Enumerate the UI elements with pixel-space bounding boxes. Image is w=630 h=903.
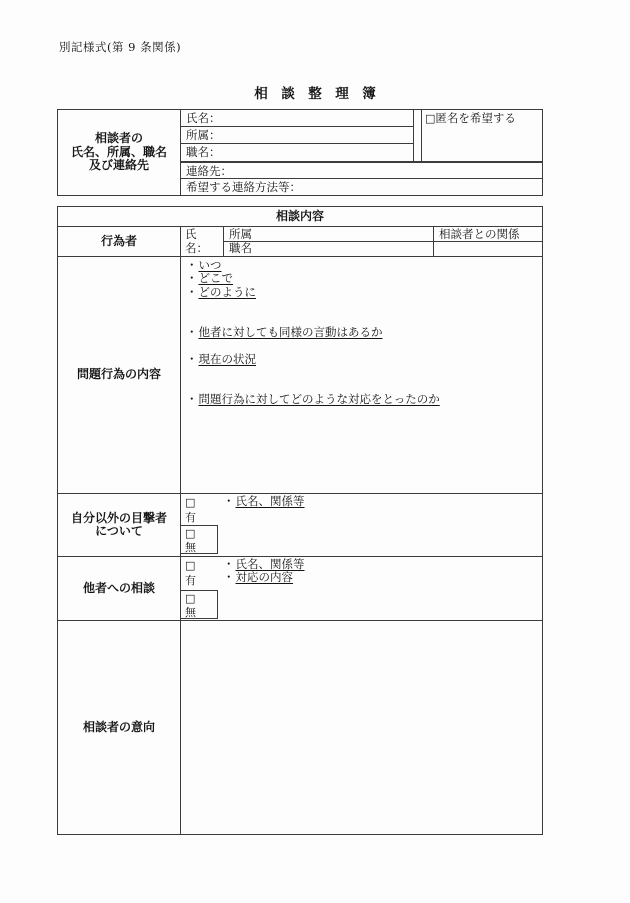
witness-no-option: □ 無 <box>181 525 218 554</box>
consultant-label-line: 相談者の <box>95 132 143 146</box>
affiliation-field-label: 所属： <box>186 128 221 142</box>
consultation-table: 相談内容 行為者 氏 名： 所属 職名 相談者との関係 問題行為の内容 ・いつ … <box>57 206 543 835</box>
anonymous-cell: □匿名を希望する <box>421 110 542 161</box>
consultant-label: 相談者の 氏名、所属、職名 及び連絡先 <box>58 110 181 195</box>
actor-name-line2: 名： <box>185 242 223 256</box>
witness-row: 自分以外の目撃者 について □ 有 □ 無 ・氏名、関係等 <box>58 494 542 557</box>
prompt-text: どのように <box>199 285 257 299</box>
prompt-text: 他者に対しても同様の言動はあるか <box>199 325 383 339</box>
others-no-label: 無 <box>185 606 217 620</box>
witness-no-label: 無 <box>185 541 217 555</box>
actor-name-line1: 氏 <box>185 228 223 242</box>
witness-no-checkbox[interactable]: □ <box>185 527 217 541</box>
actor-relation-label: 相談者との関係 <box>439 227 520 241</box>
name-field-label: 氏名： <box>186 111 221 125</box>
actor-label: 行為者 <box>58 227 181 256</box>
witness-yes-checkbox[interactable]: □ <box>185 495 217 510</box>
witness-label-line: 自分以外の目撃者 <box>71 512 167 526</box>
bullet-dot: ・ <box>186 271 198 285</box>
prompt-text: どこで <box>199 271 234 285</box>
prompt-line: ・どこで <box>186 272 233 285</box>
others-yes-checkbox[interactable]: □ <box>185 558 217 573</box>
contact-field-label: 連絡先： <box>186 164 232 178</box>
problem-row: 問題行為の内容 ・いつ ・どこで ・どのように ・他者に対しても同様の言動はある… <box>58 257 542 494</box>
contact-method-field[interactable]: 希望する連絡方法等： <box>181 179 542 195</box>
bullet-dot: ・ <box>186 352 198 366</box>
anonymous-label: 匿名を希望する <box>435 111 516 125</box>
bullet-dot: ・ <box>223 494 235 508</box>
bullet-dot: ・ <box>186 285 198 299</box>
problem-details-area[interactable]: ・いつ ・どこで ・どのように ・他者に対しても同様の言動はあるか ・現在の状況… <box>181 257 542 493</box>
others-no-checkbox[interactable]: □ <box>185 592 217 606</box>
others-details-area[interactable]: ・氏名、関係等 ・対応の内容 <box>223 558 541 619</box>
bullet-dot: ・ <box>186 325 198 339</box>
actor-name-field[interactable]: 氏 名： <box>181 227 224 256</box>
actor-job-label: 職名 <box>229 241 252 255</box>
witness-label-line: について <box>95 525 143 539</box>
intention-details-area[interactable] <box>181 621 542 834</box>
anonymous-checkbox[interactable]: □ <box>425 112 435 125</box>
consultant-label-line: 及び連絡先 <box>89 159 149 173</box>
witness-yes-option: □ 有 <box>181 494 217 525</box>
prompt-line: ・対応の内容 <box>223 571 293 584</box>
prompt-text: 現在の状況 <box>199 352 257 366</box>
actor-relation-field[interactable]: 相談者との関係 <box>434 227 542 242</box>
prompt-line: ・いつ <box>186 259 222 272</box>
actor-job-field[interactable]: 職名 <box>224 242 434 256</box>
form-style-note: 別記様式(第 9 条関係) <box>59 39 181 55</box>
prompt-line: ・現在の状況 <box>186 353 256 366</box>
prompt-line: ・氏名、関係等 <box>223 495 305 508</box>
job-title-field-label: 職名： <box>186 145 221 159</box>
others-yes-option: □ 有 <box>181 557 217 590</box>
job-title-field[interactable]: 職名： <box>181 144 414 161</box>
consultant-info-table: 相談者の 氏名、所属、職名 及び連絡先 氏名： 所属： 職名： □匿名を希望する… <box>57 109 543 196</box>
actor-row: 行為者 氏 名： 所属 職名 相談者との関係 <box>58 227 542 257</box>
prompt-line: ・他者に対しても同様の言動はあるか <box>186 326 383 339</box>
bullet-dot: ・ <box>223 570 235 584</box>
prompt-text: いつ <box>199 258 222 272</box>
name-field[interactable]: 氏名： <box>181 110 414 127</box>
affiliation-field[interactable]: 所属： <box>181 127 414 144</box>
prompt-line: ・問題行為に対してどのような対応をとったのか <box>186 393 440 406</box>
prompt-text: 対応の内容 <box>236 570 294 584</box>
others-row: 他者への相談 □ 有 □ 無 ・氏名、関係等 ・対応の内容 <box>58 557 542 621</box>
contact-method-field-label: 希望する連絡方法等： <box>186 180 301 194</box>
intention-label: 相談者の意向 <box>58 621 181 834</box>
bullet-dot: ・ <box>186 392 198 406</box>
actor-affiliation-field[interactable]: 所属 <box>224 227 434 242</box>
others-no-option: □ 無 <box>181 590 218 619</box>
witness-details-area[interactable]: ・氏名、関係等 <box>223 495 541 555</box>
prompt-line: ・氏名、関係等 <box>223 558 305 571</box>
prompt-text: 氏名、関係等 <box>236 557 305 571</box>
witness-yes-label: 有 <box>185 510 217 525</box>
bullet-dot: ・ <box>223 557 235 571</box>
prompt-text: 問題行為に対してどのような対応をとったのか <box>199 392 440 406</box>
others-label: 他者への相談 <box>58 557 181 620</box>
witness-label: 自分以外の目撃者 について <box>58 494 181 556</box>
prompt-line: ・どのように <box>186 286 256 299</box>
intention-row: 相談者の意向 <box>58 621 542 834</box>
bullet-dot: ・ <box>186 258 198 272</box>
prompt-text: 氏名、関係等 <box>236 494 305 508</box>
others-yes-label: 有 <box>185 573 217 588</box>
form-page: 別記様式(第 9 条関係) 相 談 整 理 簿 相談者の 氏名、所属、職名 及び… <box>0 0 630 903</box>
form-title: 相 談 整 理 簿 <box>0 82 630 102</box>
problem-label: 問題行為の内容 <box>58 257 181 493</box>
consultation-header: 相談内容 <box>58 207 542 227</box>
contact-field[interactable]: 連絡先： <box>181 163 542 179</box>
actor-affiliation-label: 所属 <box>229 227 252 241</box>
